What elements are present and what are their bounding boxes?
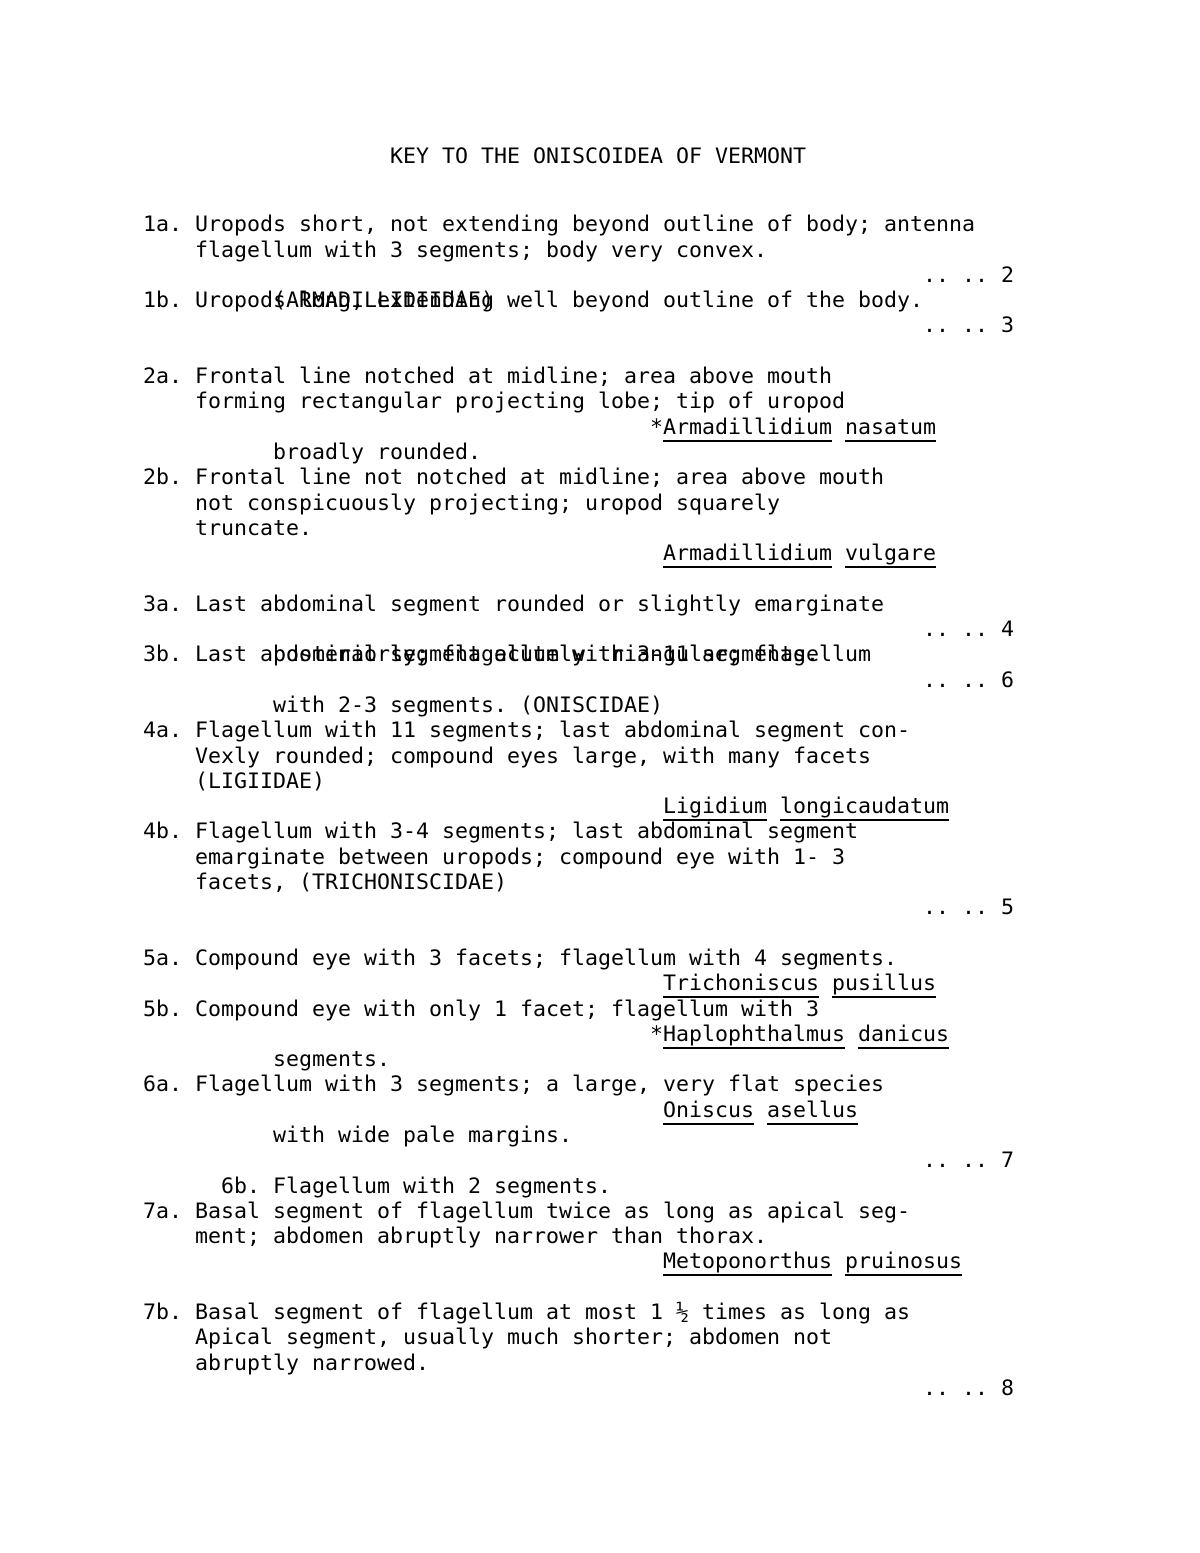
key-line: broadly rounded. *Armadillidiumnasatum bbox=[143, 415, 1183, 440]
key-line: 3a. Last abdominal segment rounded or sl… bbox=[143, 592, 1183, 617]
couplet-ref: 8 bbox=[1001, 1376, 1014, 1401]
line-text: 7b. Basal segment of flagellum at most 1… bbox=[143, 1300, 910, 1325]
species-name: Oniscusasellus bbox=[663, 1098, 858, 1123]
species-epithet: nasatum bbox=[845, 415, 936, 442]
species-epithet: longicaudatum bbox=[780, 794, 949, 821]
line-text: (LIGIIDAE) bbox=[143, 769, 325, 794]
species-name: Ligidiumlongicaudatum bbox=[663, 794, 949, 819]
line-text: 6b. Flagellum with 2 segments. bbox=[221, 1174, 611, 1199]
line-text: Apical segment, usually much shorter; ab… bbox=[143, 1325, 832, 1350]
line-text: 5b. Compound eye with only 1 facet; flag… bbox=[143, 997, 819, 1022]
key-line: 2a. Frontal line notched at midline; are… bbox=[143, 364, 1183, 389]
key-line: with 2-3 segments. (ONISCIDAE) .. ..6 bbox=[143, 668, 1183, 693]
line-text: not conspicuously projecting; uropod squ… bbox=[143, 491, 780, 516]
line-text: emarginate between uropods; compound eye… bbox=[143, 845, 845, 870]
page-title: KEY TO THE ONISCOIDEA OF VERMONT bbox=[390, 144, 1183, 169]
key-line: .. ..5 bbox=[143, 895, 1183, 920]
couplet-ref: 5 bbox=[1001, 895, 1014, 920]
genus-name: Haplophthalmus bbox=[663, 1022, 845, 1049]
asterisk-marker: * bbox=[650, 415, 663, 440]
key-line: Trichoniscuspusillus bbox=[143, 971, 1183, 996]
key-line: Armadillidiumvulgare bbox=[143, 541, 1183, 566]
document-page: KEY TO THE ONISCOIDEA OF VERMONT 1a. Uro… bbox=[143, 144, 1183, 1401]
key-line: 1b. Uropods long, extending well beyond … bbox=[143, 288, 1183, 313]
species-name: *Haplophthalmusdanicus bbox=[663, 1022, 949, 1047]
key-line: .. ..8 bbox=[143, 1376, 1183, 1401]
key-couplet-1a: 1a. Uropods short, not extending beyond … bbox=[143, 212, 1183, 288]
line-text: abruptly narrowed. bbox=[143, 1351, 429, 1376]
key-couplet-7a: 7a. Basal segment of flagellum twice as … bbox=[143, 1199, 1183, 1275]
asterisk-marker: * bbox=[650, 1022, 663, 1047]
key-line: 4b. Flagellum with 3-4 segments; last ab… bbox=[143, 819, 1183, 844]
key-line: posteriorly; flagellum with 3-11 segment… bbox=[143, 617, 1183, 642]
key-couplet-7b: 7b. Basal segment of flagellum at most 1… bbox=[143, 1300, 1183, 1401]
line-text: 7a. Basal segment of flagellum twice as … bbox=[143, 1199, 910, 1224]
line-text: with 2-3 segments. (ONISCIDAE) bbox=[221, 693, 663, 718]
key-line: with wide pale margins. Oniscusasellus bbox=[143, 1098, 1183, 1123]
line-text: 1a. Uropods short, not extending beyond … bbox=[143, 212, 975, 237]
dot-leader: .. ..2 bbox=[923, 263, 1014, 288]
dot-leader: .. ..4 bbox=[923, 617, 1014, 642]
key-couplet-2b: 2b. Frontal line not notched at midline;… bbox=[143, 465, 1183, 566]
line-text: 1b. Uropods long, extending well beyond … bbox=[143, 288, 923, 313]
species-name: Armadillidiumvulgare bbox=[663, 541, 936, 566]
genus-name: Trichoniscus bbox=[663, 971, 819, 998]
line-text: 2a. Frontal line notched at midline; are… bbox=[143, 364, 832, 389]
key-couplet-6a: 6a. Flagellum with 3 segments; a large, … bbox=[143, 1072, 1183, 1123]
line-text: truncate. bbox=[143, 516, 312, 541]
species-name: Trichoniscuspusillus bbox=[663, 971, 936, 996]
species-name: Metoponorthuspruinosus bbox=[663, 1249, 962, 1274]
key-line: 4a. Flagellum with 11 segments; last abd… bbox=[143, 718, 1183, 743]
line-text: forming rectangular projecting lobe; tip… bbox=[143, 389, 845, 414]
key-couplet-4b: 4b. Flagellum with 3-4 segments; last ab… bbox=[143, 819, 1183, 920]
line-text: Vexly rounded; compound eyes large, with… bbox=[143, 744, 871, 769]
key-line: .. ..3 bbox=[143, 313, 1183, 338]
genus-name: Metoponorthus bbox=[663, 1249, 832, 1276]
line-text: ment; abdomen abruptly narrower than tho… bbox=[143, 1224, 767, 1249]
key-line: segments. *Haplophthalmusdanicus bbox=[143, 1022, 1183, 1047]
leader-dots: .. .. bbox=[923, 1376, 988, 1401]
key-line: 5a. Compound eye with 3 facets; flagellu… bbox=[143, 946, 1183, 971]
species-epithet: asellus bbox=[767, 1098, 858, 1125]
couplet-ref: 3 bbox=[1001, 313, 1014, 338]
key-line: Ligidiumlongicaudatum bbox=[143, 794, 1183, 819]
genus-name: Armadillidium bbox=[663, 415, 832, 442]
key-line: 1a. Uropods short, not extending beyond … bbox=[143, 212, 1183, 237]
key-couplet-3a: 3a. Last abdominal segment rounded or sl… bbox=[143, 592, 1183, 643]
dot-leader: .. ..7 bbox=[923, 1148, 1014, 1173]
key-couplet-5b: 5b. Compound eye with only 1 facet; flag… bbox=[143, 997, 1183, 1048]
species-name: *Armadillidiumnasatum bbox=[663, 415, 936, 440]
key-line: 6b. Flagellum with 2 segments. .. ..7 bbox=[143, 1148, 1183, 1173]
key-line: Vexly rounded; compound eyes large, with… bbox=[143, 744, 1183, 769]
key-line: 2b. Frontal line not notched at midline;… bbox=[143, 465, 1183, 490]
key-line: 6a. Flagellum with 3 segments; a large, … bbox=[143, 1072, 1183, 1097]
key-line: (LIGIIDAE) bbox=[143, 769, 1183, 794]
key-line: ment; abdomen abruptly narrower than tho… bbox=[143, 1224, 1183, 1249]
dot-leader: .. ..6 bbox=[923, 668, 1014, 693]
key-line: truncate. bbox=[143, 516, 1183, 541]
species-epithet: danicus bbox=[858, 1022, 949, 1049]
line-text: segments. bbox=[221, 1047, 390, 1072]
line-text: facets, (TRICHONISCIDAE) bbox=[143, 870, 507, 895]
key-line: emarginate between uropods; compound eye… bbox=[143, 845, 1183, 870]
key-line: 7b. Basal segment of flagellum at most 1… bbox=[143, 1300, 1183, 1325]
couplet-ref: 4 bbox=[1001, 617, 1014, 642]
line-text: 3b. Last abdominal segment acutely trian… bbox=[143, 642, 871, 667]
key-line: 3b. Last abdominal segment acutely trian… bbox=[143, 642, 1183, 667]
species-epithet: pruinosus bbox=[845, 1249, 962, 1276]
key-line: 7a. Basal segment of flagellum twice as … bbox=[143, 1199, 1183, 1224]
couplet-ref: 7 bbox=[1001, 1148, 1014, 1173]
key-line: Metoponorthuspruinosus bbox=[143, 1249, 1183, 1274]
dot-leader: .. ..5 bbox=[923, 895, 1014, 920]
couplet-ref: 2 bbox=[1001, 263, 1014, 288]
dot-leader: .. ..3 bbox=[923, 313, 1014, 338]
key-couplet-4a: 4a. Flagellum with 11 segments; last abd… bbox=[143, 718, 1183, 819]
line-text: 4b. Flagellum with 3-4 segments; last ab… bbox=[143, 819, 858, 844]
key-couplet-2a: 2a. Frontal line notched at midline; are… bbox=[143, 364, 1183, 440]
line-text: 2b. Frontal line not notched at midline;… bbox=[143, 465, 884, 490]
dot-leader: .. ..8 bbox=[923, 1376, 1014, 1401]
leader-dots: .. .. bbox=[923, 263, 988, 288]
line-text: flagellum with 3 segments; body very con… bbox=[143, 238, 767, 263]
line-text: with wide pale margins. bbox=[221, 1123, 572, 1148]
genus-name: Ligidium bbox=[663, 794, 767, 821]
leader-dots: .. .. bbox=[923, 617, 988, 642]
leader-dots: .. .. bbox=[923, 313, 988, 338]
genus-name: Oniscus bbox=[663, 1098, 754, 1125]
leader-dots: .. .. bbox=[923, 895, 988, 920]
line-text: 6a. Flagellum with 3 segments; a large, … bbox=[143, 1072, 884, 1097]
key-line: Apical segment, usually much shorter; ab… bbox=[143, 1325, 1183, 1350]
key-line: not conspicuously projecting; uropod squ… bbox=[143, 491, 1183, 516]
line-text: 4a. Flagellum with 11 segments; last abd… bbox=[143, 718, 910, 743]
page-title-text: KEY TO THE ONISCOIDEA OF VERMONT bbox=[390, 144, 806, 169]
leader-dots: .. .. bbox=[923, 1148, 988, 1173]
species-epithet: pusillus bbox=[832, 971, 936, 998]
key-couplet-6b: 6b. Flagellum with 2 segments. .. ..7 bbox=[143, 1148, 1183, 1173]
key-line: (ARMADILLIDIIDAE) .. ..2 bbox=[143, 263, 1183, 288]
key-couplet-5a: 5a. Compound eye with 3 facets; flagellu… bbox=[143, 946, 1183, 997]
key-couplet-3b: 3b. Last abdominal segment acutely trian… bbox=[143, 642, 1183, 693]
key-line: forming rectangular projecting lobe; tip… bbox=[143, 389, 1183, 414]
species-epithet: vulgare bbox=[845, 541, 936, 568]
couplet-ref: 6 bbox=[1001, 668, 1014, 693]
key-line: flagellum with 3 segments; body very con… bbox=[143, 238, 1183, 263]
line-text: broadly rounded. bbox=[221, 440, 481, 465]
key-line: abruptly narrowed. bbox=[143, 1351, 1183, 1376]
line-text: 3a. Last abdominal segment rounded or sl… bbox=[143, 592, 884, 617]
key-couplet-1b: 1b. Uropods long, extending well beyond … bbox=[143, 288, 1183, 339]
genus-name: Armadillidium bbox=[663, 541, 832, 568]
line-text: 5a. Compound eye with 3 facets; flagellu… bbox=[143, 946, 897, 971]
key-line: facets, (TRICHONISCIDAE) bbox=[143, 870, 1183, 895]
key-line: 5b. Compound eye with only 1 facet; flag… bbox=[143, 997, 1183, 1022]
leader-dots: .. .. bbox=[923, 668, 988, 693]
